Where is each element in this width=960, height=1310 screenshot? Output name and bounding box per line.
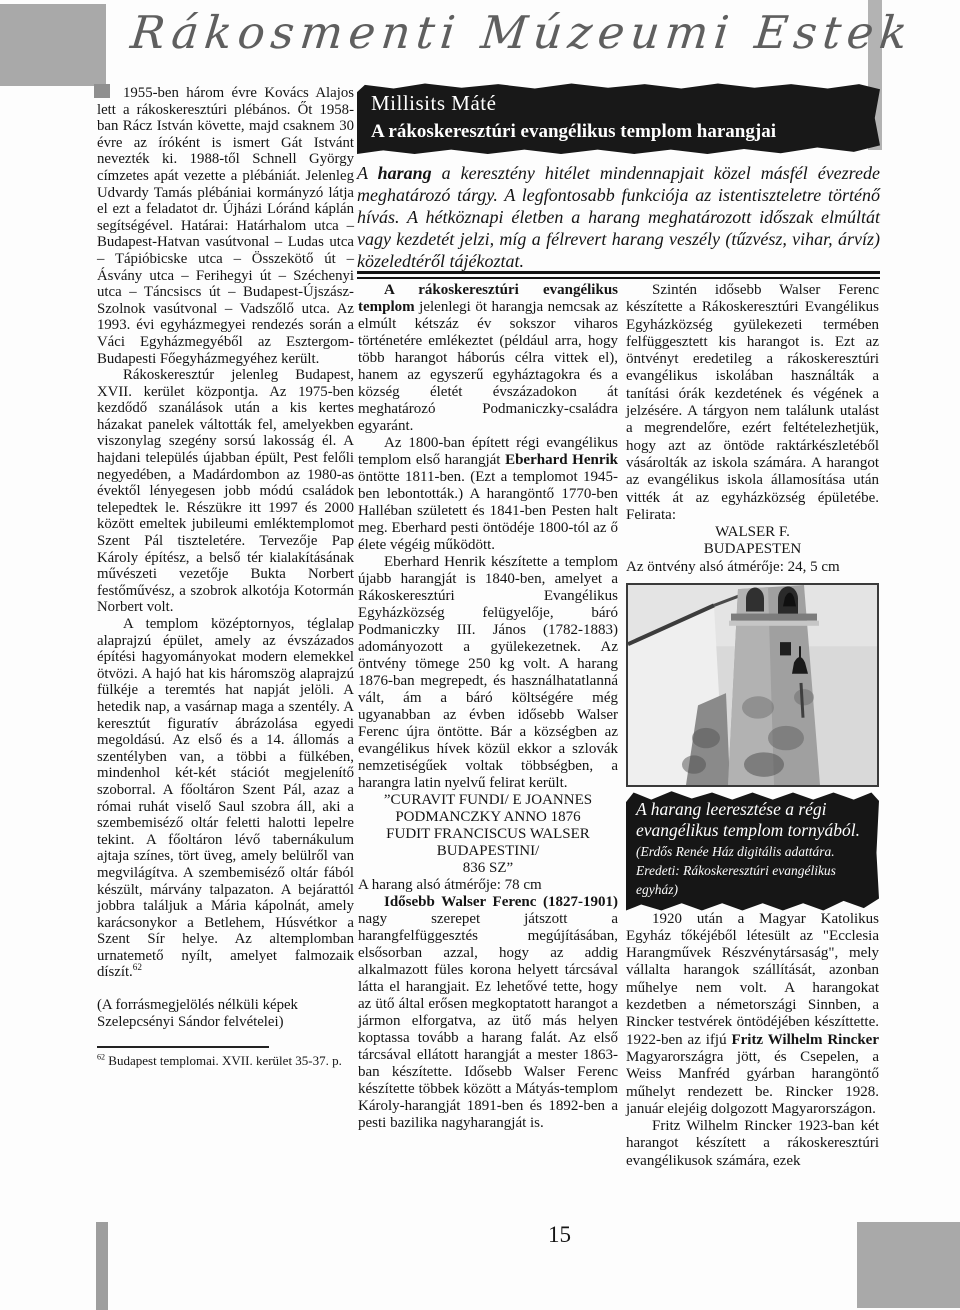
masthead-script-title: Rákosmenti Múzeumi Estek <box>126 6 894 78</box>
footnote-reference: 62 <box>133 963 142 973</box>
paragraph: A templom középtornyos, téglalap alapraj… <box>97 616 354 981</box>
paragraph: Rákoskeresztúr jelenleg Budapest, XVII. … <box>97 367 354 616</box>
bell-inscription-line: 836 SZ” <box>358 860 618 877</box>
paragraph-text: A templom középtornyos, téglalap alapraj… <box>97 616 354 980</box>
bold-phrase: Fritz Wilhelm Rincker <box>731 1032 879 1048</box>
paragraph: A rákoskeresztúri evangélikus templom je… <box>358 282 618 435</box>
bell-inscription-line: WALSER F. <box>626 524 879 541</box>
page-number: 15 <box>548 1222 571 1248</box>
bell-inscription-line: ”CURAVIT FUNDI/ E JOANNES <box>358 792 618 809</box>
paragraph: 1955-ben három évre Kovács Alajos lett a… <box>97 85 354 367</box>
middle-column: A rákoskeresztúri evangélikus templom je… <box>358 282 618 1132</box>
footnote-text: Budapest templomai. XVII. kerület 35-37.… <box>108 1053 342 1068</box>
article-title: A rákoskeresztúri evangélikus templom ha… <box>371 121 866 143</box>
lead-paragraph: A harang a keresztény hitélet mindennapj… <box>357 162 880 272</box>
photo-caption: A harang leeresztése a régi evangélikus … <box>626 790 879 910</box>
photo-caption-text: A harang leeresztése a régi evangélikus … <box>636 799 860 840</box>
scan-artifact-bottom-left <box>96 1222 108 1310</box>
paragraph: 1920 után a Magyar Katolikus Egyház tőké… <box>626 911 879 1119</box>
paragraph-text: 1920 után a Magyar Katolikus Egyház tőké… <box>626 911 879 1048</box>
paragraph: Az 1800-ban épített régi evangélikus tem… <box>358 435 618 554</box>
left-column: 1955-ben három évre Kovács Alajos lett a… <box>97 85 354 1068</box>
scan-artifact-bottom-right <box>857 1222 960 1308</box>
photo-caption-source: (Erdős Renée Ház digitális adattára. Ere… <box>636 844 836 898</box>
scan-artifact-top-left <box>0 4 106 86</box>
photo-credit-note: (A forrásmegjelölés nélküli képek Szelep… <box>97 997 354 1030</box>
bell-diameter-note: Az öntvény alsó átmérője: 24, 5 cm <box>626 559 879 576</box>
church-tower-photo <box>628 585 877 785</box>
footnote-number: 62 <box>97 1053 105 1062</box>
footnote-divider <box>97 1046 269 1048</box>
bell-inscription-line: FUDIT FRANCISCUS WALSER <box>358 826 618 843</box>
bell-inscription-line: BUDAPESTEN <box>626 541 879 558</box>
paragraph-text: öntötte 1811-ben. (Ezt a templomot 1945-… <box>358 469 618 553</box>
paragraph-text: jelenlegi öt harangja nemcsak az elmúlt … <box>358 299 618 434</box>
article-author: Millisits Máté <box>371 91 866 116</box>
article-title-box: Millisits Máté A rákoskeresztúri evangél… <box>357 82 880 154</box>
paragraph: Szintén idősebb Walser Ferenc készítette… <box>626 282 879 524</box>
bold-phrase: Idősebb Walser Ferenc (1827-1901) <box>384 894 618 910</box>
lead-text: A <box>357 163 378 183</box>
paragraph: Fritz Wilhelm Rincker 1923-ban két haran… <box>626 1118 879 1170</box>
paragraph: Idősebb Walser Ferenc (1827-1901) nagy s… <box>358 894 618 1132</box>
bold-phrase: Eberhard Henrik <box>505 452 618 468</box>
footnote: 62 Budapest templomai. XVII. kerület 35-… <box>97 1053 354 1068</box>
bell-inscription-line: PODMANCZKY ANNO 1876 <box>358 809 618 826</box>
double-rule <box>357 271 880 279</box>
lead-text: a keresztény hitélet mindennapjait közel… <box>357 163 880 271</box>
photo-frame <box>626 583 879 787</box>
right-column: Szintén idősebb Walser Ferenc készítette… <box>626 282 879 1170</box>
bell-diameter-note: A harang alsó átmérője: 78 cm <box>358 877 618 894</box>
paragraph: Eberhard Henrik készítette a templom úja… <box>358 554 618 792</box>
lead-bold-word: harang <box>378 163 432 183</box>
paragraph-text: Magyarországra jött, és Csepelen, a Weis… <box>626 1049 879 1117</box>
bell-inscription-line: BUDAPESTINI/ <box>358 843 618 860</box>
paragraph-text: nagy szerepet játszott a harangfelfügges… <box>358 911 618 1131</box>
